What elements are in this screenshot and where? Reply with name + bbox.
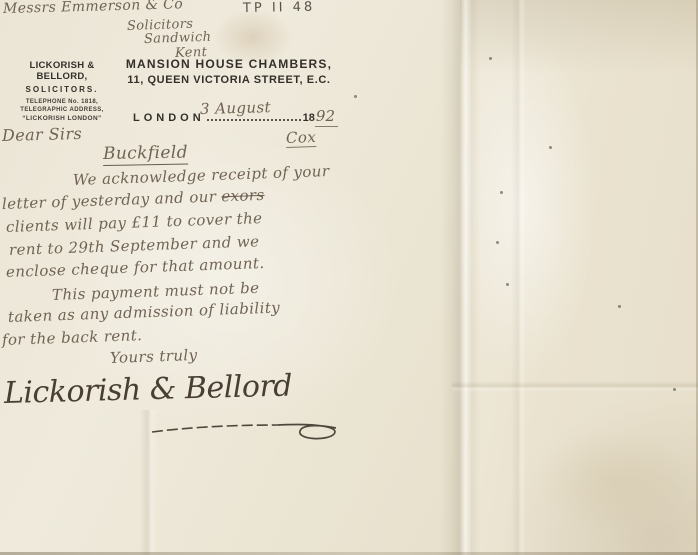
- date-year-handwritten: 92: [315, 107, 338, 127]
- fold-crease-gutter: [440, 0, 480, 555]
- ink-speck: [496, 241, 499, 244]
- struck-word: exors: [221, 186, 265, 205]
- ink-speck: [506, 283, 509, 286]
- letterhead-city: LONDON: [133, 112, 205, 124]
- case-reference: Cox: [286, 128, 317, 148]
- ink-speck: [489, 57, 492, 60]
- letterhead-telegraphic-name: “LICKORISH LONDON”: [6, 115, 118, 122]
- letterhead-firm-block: LICKORISH & BELLORD, SOLICITORS. TELEPHO…: [6, 60, 118, 122]
- letterhead-address-line1: MANSION HOUSE CHAMBERS,: [114, 57, 344, 71]
- ink-speck: [618, 305, 621, 308]
- ink-speck: [354, 95, 357, 98]
- ink-speck: [673, 388, 676, 391]
- archival-reference-note: TP II 48: [243, 0, 316, 16]
- fold-crease-horizontal: [452, 381, 698, 392]
- date-handwritten: 3 August: [200, 98, 271, 118]
- letterhead-telephone: TELEPHONE No. 1818,: [6, 99, 118, 105]
- scanned-letter: TP II 48 Messrs Emmerson & Co Solicitors…: [0, 0, 698, 555]
- letterhead-address-block: MANSION HOUSE CHAMBERS, 11, QUEEN VICTOR…: [114, 57, 344, 86]
- paper-stain: [540, 430, 690, 530]
- ink-speck: [549, 146, 552, 149]
- date-year-prefix: 18: [303, 112, 315, 124]
- letterhead-firm-name: LICKORISH & BELLORD,: [6, 60, 118, 82]
- letterhead-firm-role: SOLICITORS.: [6, 85, 118, 94]
- salutation: Dear Sirs: [2, 124, 83, 145]
- fold-crease-vertical: [511, 0, 526, 555]
- ink-speck: [500, 191, 503, 194]
- closing-valediction: Yours truly: [110, 346, 198, 367]
- letterhead-telegraphic-label: TELEGRAPHIC ADDRESS,: [6, 107, 118, 113]
- letterhead-address-line2: 11, QUEEN VICTORIA STREET, E.C.: [114, 74, 344, 86]
- signature-flourish: [150, 414, 342, 446]
- paper-shading: [460, 0, 698, 75]
- subject-heading: Buckfield: [103, 143, 188, 166]
